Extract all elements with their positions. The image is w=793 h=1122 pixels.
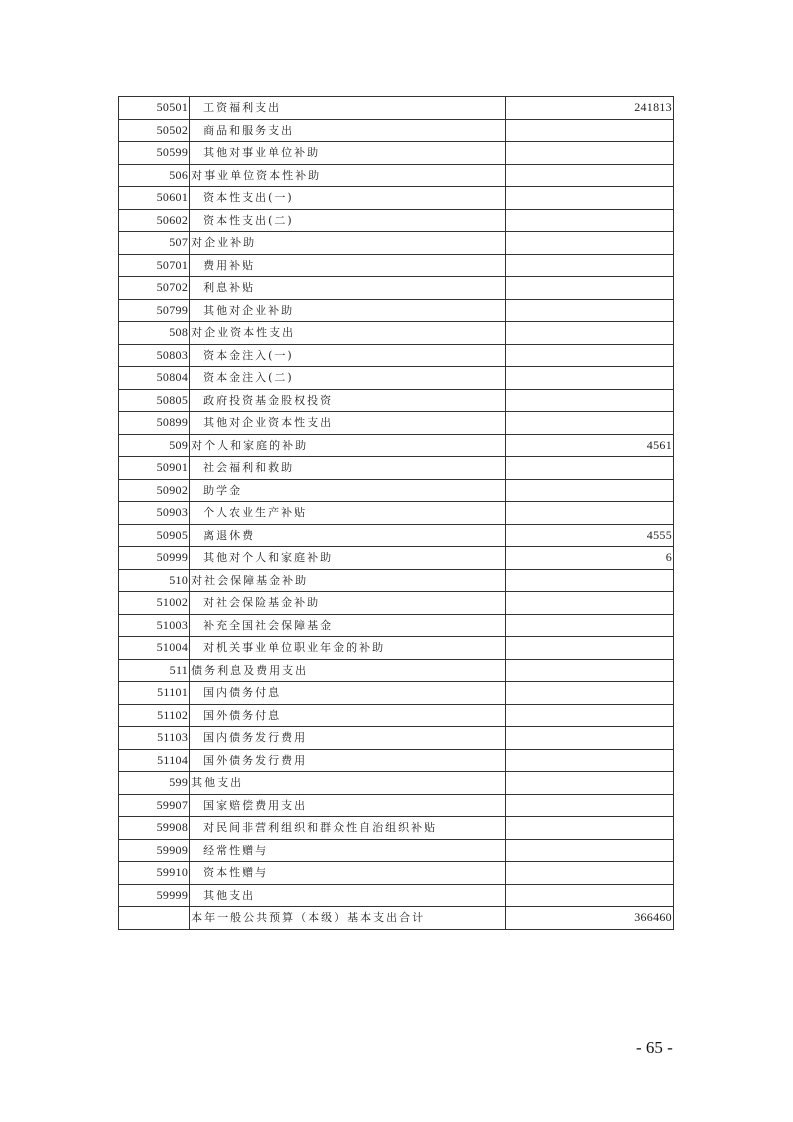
account-name-cell: 社会福利和救助: [190, 457, 506, 480]
account-name-cell: 对民间非营利组织和群众性自治组织补贴: [190, 817, 506, 840]
account-name-cell: 离退休费: [190, 524, 506, 547]
account-name-cell: 工资福利支出: [190, 97, 506, 120]
table-row: 50702利息补贴: [119, 277, 674, 300]
amount-cell: [505, 817, 673, 840]
account-name-cell: 国内债务发行费用: [190, 727, 506, 750]
table-row: 50905离退休费4555: [119, 524, 674, 547]
account-code-cell: 59909: [119, 839, 190, 862]
amount-cell: [505, 457, 673, 480]
account-name-cell: 对企业资本性支出: [190, 322, 506, 345]
account-name-cell: 其他支出: [190, 772, 506, 795]
account-name-cell: 经常性赠与: [190, 839, 506, 862]
table-row: 510对社会保障基金补助: [119, 569, 674, 592]
account-name-cell: 债务利息及费用支出: [190, 659, 506, 682]
account-name-cell: 资本性支出(二): [190, 209, 506, 232]
account-code-cell: 508: [119, 322, 190, 345]
table-row: 509对个人和家庭的补助4561: [119, 434, 674, 457]
table-row: 50999其他对个人和家庭补助6: [119, 547, 674, 570]
account-code-cell: 51101: [119, 682, 190, 705]
amount-cell: 4555: [505, 524, 673, 547]
account-code-cell: 59999: [119, 884, 190, 907]
table-row: 51002对社会保险基金补助: [119, 592, 674, 615]
account-name-cell: 利息补贴: [190, 277, 506, 300]
table-row: 50901社会福利和救助: [119, 457, 674, 480]
table-row: 59999其他支出: [119, 884, 674, 907]
table-row: 51101国内债务付息: [119, 682, 674, 705]
account-code-cell: 50501: [119, 97, 190, 120]
account-name-cell: 其他对企业补助: [190, 299, 506, 322]
amount-cell: [505, 592, 673, 615]
account-code-cell: 50599: [119, 142, 190, 165]
amount-cell: [505, 637, 673, 660]
table-row: 51003补充全国社会保障基金: [119, 614, 674, 637]
amount-cell: [505, 569, 673, 592]
account-name-cell: 资本性支出(一): [190, 187, 506, 210]
account-code-cell: 50903: [119, 502, 190, 525]
amount-cell: [505, 164, 673, 187]
amount-cell: [505, 232, 673, 255]
account-name-cell: 对个人和家庭的补助: [190, 434, 506, 457]
amount-cell: [505, 119, 673, 142]
account-code-cell: 50602: [119, 209, 190, 232]
account-code-cell: 50804: [119, 367, 190, 390]
page-number: - 65 -: [636, 1038, 673, 1058]
table-row: 50803资本金注入(一): [119, 344, 674, 367]
amount-cell: [505, 389, 673, 412]
table-row: 511债务利息及费用支出: [119, 659, 674, 682]
table-row: 51102国外债务付息: [119, 704, 674, 727]
table-row: 51004对机关事业单位职业年金的补助: [119, 637, 674, 660]
account-code-cell: 51103: [119, 727, 190, 750]
table-row: 50903个人农业生产补贴: [119, 502, 674, 525]
account-name-cell: 国家赔偿费用支出: [190, 794, 506, 817]
table-row: 507对企业补助: [119, 232, 674, 255]
account-code-cell: 50701: [119, 254, 190, 277]
amount-cell: [505, 614, 673, 637]
account-code-cell: 51004: [119, 637, 190, 660]
account-code-cell: 506: [119, 164, 190, 187]
account-name-cell: 其他对个人和家庭补助: [190, 547, 506, 570]
amount-cell: [505, 412, 673, 435]
account-name-cell: 助学金: [190, 479, 506, 502]
account-name-cell: 资本性赠与: [190, 862, 506, 885]
amount-cell: [505, 839, 673, 862]
account-code-cell: 50999: [119, 547, 190, 570]
table-row: 50701费用补贴: [119, 254, 674, 277]
account-code-cell: 50901: [119, 457, 190, 480]
account-name-cell: 其他对企业资本性支出: [190, 412, 506, 435]
table-row: 50805政府投资基金股权投资: [119, 389, 674, 412]
amount-cell: [505, 884, 673, 907]
amount-cell: [505, 209, 673, 232]
account-code-cell: 50799: [119, 299, 190, 322]
account-name-cell: 本年一般公共预算（本级）基本支出合计: [190, 907, 506, 930]
account-name-cell: 对机关事业单位职业年金的补助: [190, 637, 506, 660]
table-row: 508对企业资本性支出: [119, 322, 674, 345]
account-name-cell: 资本金注入(二): [190, 367, 506, 390]
table-body: 50501工资福利支出24181350502商品和服务支出50599其他对事业单…: [119, 97, 674, 930]
table-row: 506对事业单位资本性补助: [119, 164, 674, 187]
account-code-cell: 599: [119, 772, 190, 795]
account-name-cell: 补充全国社会保障基金: [190, 614, 506, 637]
table-row: 59909经常性赠与: [119, 839, 674, 862]
amount-cell: [505, 794, 673, 817]
account-code-cell: 50803: [119, 344, 190, 367]
account-code-cell: 510: [119, 569, 190, 592]
amount-cell: [505, 277, 673, 300]
amount-cell: [505, 187, 673, 210]
table-row: 51103国内债务发行费用: [119, 727, 674, 750]
account-name-cell: 国外债务发行费用: [190, 749, 506, 772]
amount-cell: [505, 344, 673, 367]
table-row: 59908对民间非营利组织和群众性自治组织补贴: [119, 817, 674, 840]
amount-cell: [505, 727, 673, 750]
account-name-cell: 资本金注入(一): [190, 344, 506, 367]
account-code-cell: 59910: [119, 862, 190, 885]
account-code-cell: 50702: [119, 277, 190, 300]
table-row: 50899其他对企业资本性支出: [119, 412, 674, 435]
account-name-cell: 其他对事业单位补助: [190, 142, 506, 165]
account-name-cell: 对社会保障基金补助: [190, 569, 506, 592]
amount-cell: 4561: [505, 434, 673, 457]
amount-cell: [505, 704, 673, 727]
account-code-cell: 511: [119, 659, 190, 682]
amount-cell: [505, 749, 673, 772]
amount-cell: [505, 772, 673, 795]
account-name-cell: 对事业单位资本性补助: [190, 164, 506, 187]
amount-cell: [505, 659, 673, 682]
table-row: 59907国家赔偿费用支出: [119, 794, 674, 817]
table-row: 50601资本性支出(一): [119, 187, 674, 210]
amount-cell: [505, 142, 673, 165]
amount-cell: [505, 367, 673, 390]
account-code-cell: 51002: [119, 592, 190, 615]
total-row: 本年一般公共预算（本级）基本支出合计366460: [119, 907, 674, 930]
amount-cell: 366460: [505, 907, 673, 930]
account-code-cell: 50502: [119, 119, 190, 142]
account-code-cell: 509: [119, 434, 190, 457]
account-name-cell: 费用补贴: [190, 254, 506, 277]
account-code-cell: 50905: [119, 524, 190, 547]
amount-cell: [505, 299, 673, 322]
account-code-cell: 51102: [119, 704, 190, 727]
amount-cell: 241813: [505, 97, 673, 120]
account-code-cell: 59907: [119, 794, 190, 817]
account-name-cell: 政府投资基金股权投资: [190, 389, 506, 412]
table-row: 599其他支出: [119, 772, 674, 795]
amount-cell: [505, 862, 673, 885]
account-name-cell: 其他支出: [190, 884, 506, 907]
account-name-cell: 国内债务付息: [190, 682, 506, 705]
table-row: 50599其他对事业单位补助: [119, 142, 674, 165]
amount-cell: [505, 254, 673, 277]
account-code-cell: 50902: [119, 479, 190, 502]
account-code-cell: 51104: [119, 749, 190, 772]
account-code-cell: 50601: [119, 187, 190, 210]
table-row: 50602资本性支出(二): [119, 209, 674, 232]
account-name-cell: 商品和服务支出: [190, 119, 506, 142]
amount-cell: [505, 682, 673, 705]
account-code-cell: [119, 907, 190, 930]
account-name-cell: 国外债务付息: [190, 704, 506, 727]
table-row: 50501工资福利支出241813: [119, 97, 674, 120]
amount-cell: [505, 322, 673, 345]
table-row: 50902助学金: [119, 479, 674, 502]
account-code-cell: 51003: [119, 614, 190, 637]
account-name-cell: 对社会保险基金补助: [190, 592, 506, 615]
budget-expenditure-table: 50501工资福利支出24181350502商品和服务支出50599其他对事业单…: [118, 96, 674, 930]
table-row: 50799其他对企业补助: [119, 299, 674, 322]
table-row: 59910资本性赠与: [119, 862, 674, 885]
account-name-cell: 对企业补助: [190, 232, 506, 255]
amount-cell: 6: [505, 547, 673, 570]
table-row: 50502商品和服务支出: [119, 119, 674, 142]
account-code-cell: 507: [119, 232, 190, 255]
account-name-cell: 个人农业生产补贴: [190, 502, 506, 525]
account-code-cell: 59908: [119, 817, 190, 840]
table-row: 50804资本金注入(二): [119, 367, 674, 390]
account-code-cell: 50899: [119, 412, 190, 435]
account-code-cell: 50805: [119, 389, 190, 412]
amount-cell: [505, 479, 673, 502]
amount-cell: [505, 502, 673, 525]
table-row: 51104国外债务发行费用: [119, 749, 674, 772]
